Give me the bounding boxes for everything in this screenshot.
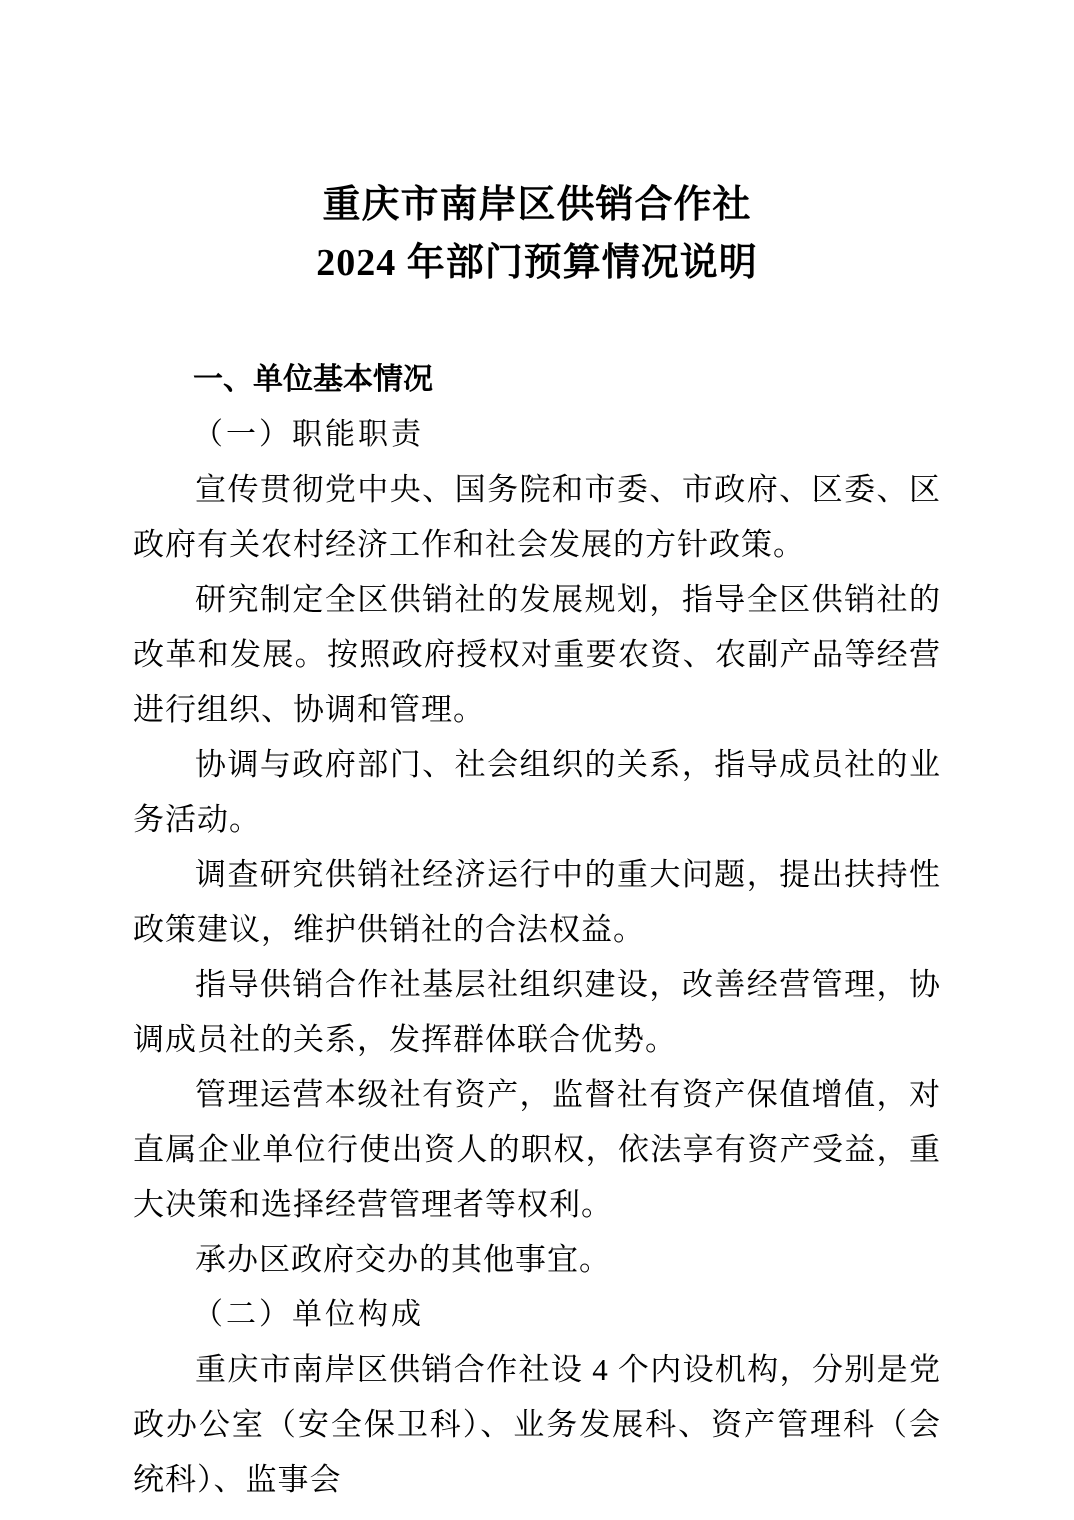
body-paragraph-duties-6: 管理运营本级社有资产，监督社有资产保值增值，对直属企业单位行使出资人的职权，依法… xyxy=(133,1067,941,1232)
body-paragraph-duties-4: 调查研究供销社经济运行中的重大问题，提出扶持性政策建议，维护供销社的合法权益。 xyxy=(133,847,941,957)
document-title-line2: 2024 年部门预算情况说明 xyxy=(133,234,941,292)
body-paragraph-duties-5: 指导供销合作社基层社组织建设，改善经营管理，协调成员社的关系，发挥群体联合优势。 xyxy=(133,957,941,1067)
section-1-heading: 一、单位基本情况 xyxy=(133,352,941,407)
body-paragraph-duties-7: 承办区政府交办的其他事宜。 xyxy=(133,1232,941,1287)
document-content: 重庆市南岸区供销合作社 2024 年部门预算情况说明 一、单位基本情况 （一）职… xyxy=(133,176,941,1507)
subsection-2-heading: （二）单位构成 xyxy=(133,1287,941,1342)
body-paragraph-duties-3: 协调与政府部门、社会组织的关系，指导成员社的业务活动。 xyxy=(133,737,941,847)
body-paragraph-duties-2: 研究制定全区供销社的发展规划，指导全区供销社的改革和发展。按照政府授权对重要农资… xyxy=(133,572,941,737)
body-paragraph-duties-1: 宣传贯彻党中央、国务院和市委、市政府、区委、区政府有关农村经济工作和社会发展的方… xyxy=(133,462,941,572)
document-title-line1: 重庆市南岸区供销合作社 xyxy=(133,176,941,234)
subsection-1-heading: （一）职能职责 xyxy=(133,407,941,462)
body-paragraph-composition-1: 重庆市南岸区供销合作社设 4 个内设机构，分别是党政办公室（安全保卫科）、业务发… xyxy=(133,1342,941,1507)
document-title: 重庆市南岸区供销合作社 2024 年部门预算情况说明 xyxy=(133,176,941,292)
document-page: 重庆市南岸区供销合作社 2024 年部门预算情况说明 一、单位基本情况 （一）职… xyxy=(0,0,1074,1520)
